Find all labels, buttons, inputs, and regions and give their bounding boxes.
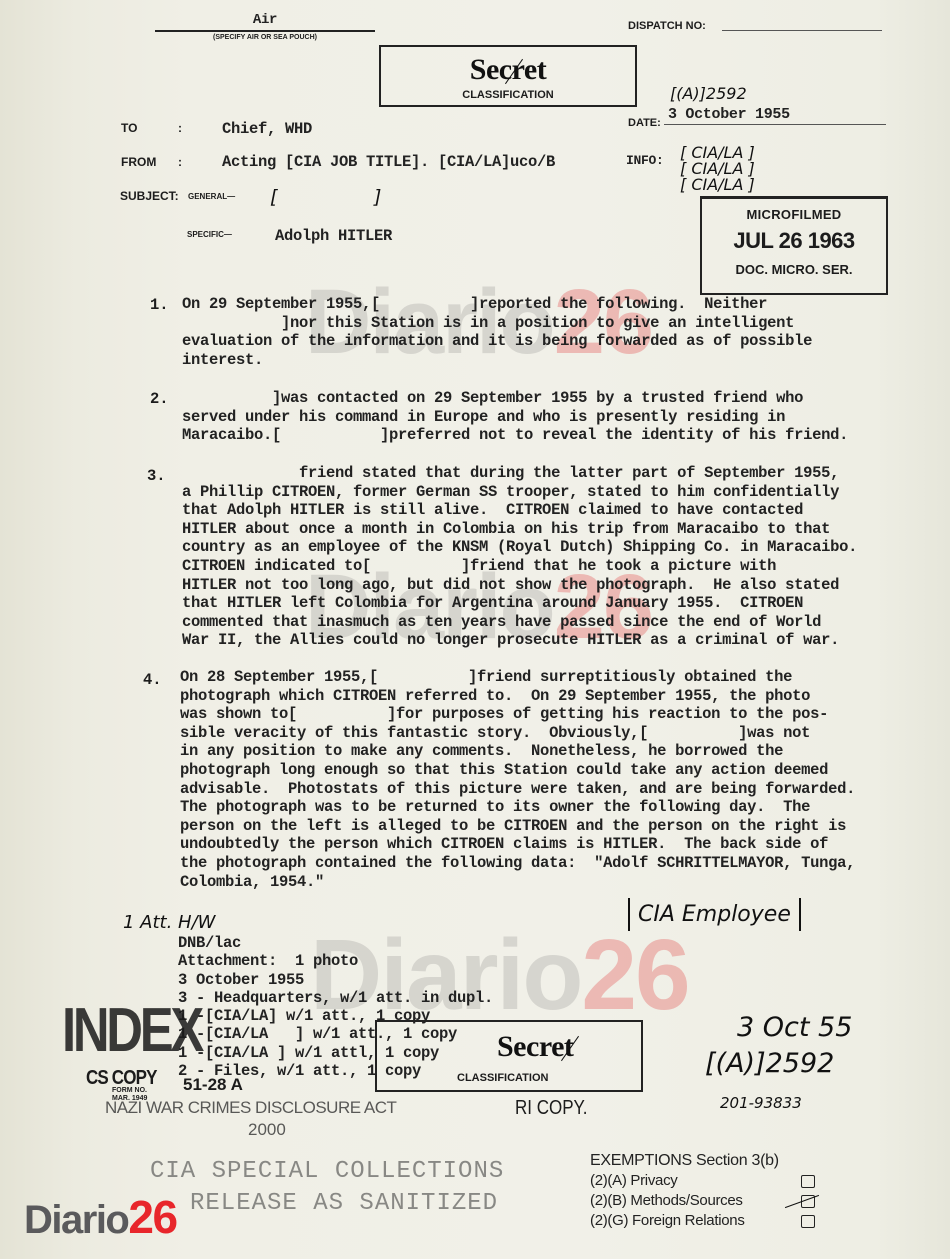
exemption-privacy: (2)(A) Privacy: [590, 1171, 815, 1191]
pouch-label: (SPECIFY AIR OR SEA POUCH): [155, 34, 375, 41]
paragraph-line: advisable. Photostats of this picture we…: [180, 780, 880, 799]
date-label: DATE:: [628, 117, 661, 129]
subject-general-redaction: [ ]: [270, 186, 381, 208]
paragraph-number: 1.: [150, 296, 169, 314]
distribution-line: 3 - Headquarters, w/1 att. in dupl.: [178, 989, 493, 1007]
paragraph-line: Colombia, 1954.": [180, 873, 880, 892]
paragraph-line: served under his command in Europe and w…: [182, 408, 882, 427]
classification-label: CLASSIFICATION: [381, 89, 635, 101]
to-value: Chief, WHD: [222, 120, 312, 138]
subject-general-label: GENERAL—: [188, 192, 235, 201]
document-number: [(A)]2592: [670, 84, 747, 103]
microfilm-footer: DOC. MICRO. SER.: [702, 262, 886, 277]
distribution-line: Attachment: 1 photo: [178, 952, 493, 970]
exemption-label: (2)(G) Foreign Relations: [590, 1212, 745, 1229]
cia-employee-note: CIA Employee: [628, 898, 801, 931]
collections-stamp-line: CIA SPECIAL COLLECTIONS: [150, 1158, 504, 1185]
paragraph-number: 2.: [150, 390, 169, 408]
date-value: 3 October 1955: [668, 106, 790, 123]
from-colon: :: [178, 155, 182, 169]
distribution-line: DNB/lac: [178, 934, 493, 952]
collections-stamp-line: RELEASE AS SANITIZED: [190, 1190, 498, 1217]
to-label: TO: [121, 121, 137, 135]
paragraph-line: On 28 September 1955,[ ]friend surreptit…: [180, 668, 880, 687]
info-item: [ CIA/LA ]: [680, 177, 755, 193]
paragraph-line: in any position to make any comments. No…: [180, 742, 880, 761]
paragraph-3: friend stated that during the latter par…: [182, 464, 882, 650]
exemption-methods-sources: (2)(B) Methods/Sources: [590, 1191, 815, 1211]
paragraph-line: commented that inasmuch as ten years hav…: [182, 613, 882, 632]
paragraph-line: On 29 September 1955,[ ]reported the fol…: [182, 295, 882, 314]
classification-box: Secret CLASSIFICATION: [379, 45, 637, 107]
paragraph-line: undoubtedly the person which CITROEN cla…: [180, 835, 880, 854]
microfilm-date: JUL 26 1963: [702, 228, 886, 254]
classification-word: Secret: [381, 53, 635, 87]
exemption-checkbox[interactable]: [801, 1215, 815, 1228]
exemption-checkbox[interactable]: [801, 1175, 815, 1188]
exemptions-title: EXEMPTIONS Section 3(b): [590, 1151, 815, 1171]
handwritten-file-number: 201-93833: [720, 1094, 802, 1112]
paragraph-line: interest.: [182, 351, 882, 370]
paragraph-line: person on the left is alleged to be CITR…: [180, 817, 880, 836]
paragraph-4: On 28 September 1955,[ ]friend surreptit…: [180, 668, 880, 891]
paragraph-line: CITROEN indicated to[ ]friend that he to…: [182, 557, 882, 576]
war-crimes-stamp: NAZI WAR CRIMES DISCLOSURE ACT: [105, 1098, 396, 1118]
info-label: INFO:: [626, 153, 664, 168]
paragraph-2: ]was contacted on 29 September 1955 by a…: [182, 389, 882, 445]
microfilm-title: MICROFILMED: [702, 207, 886, 222]
handwritten-attachment-note: 1 Att. H/W: [123, 912, 215, 933]
paragraph-line: was shown to[ ]for purposes of getting h…: [180, 705, 880, 724]
paragraph-line: the photograph contained the following d…: [180, 854, 880, 873]
paragraph-line: ]was contacted on 29 September 1955 by a…: [182, 389, 882, 408]
subject-label: SUBJECT:: [120, 189, 179, 203]
classification-label: CLASSIFICATION: [457, 1072, 641, 1084]
handwritten-date: 3 Oct 55: [737, 1012, 852, 1043]
exemption-checkbox[interactable]: [801, 1195, 815, 1208]
paragraph-line: HITLER about once a month in Colombia on…: [182, 520, 882, 539]
paragraph-line: friend stated that during the latter par…: [182, 464, 882, 483]
from-label: FROM: [121, 155, 156, 169]
microfilmed-stamp: MICROFILMED JUL 26 1963 DOC. MICRO. SER.: [700, 196, 888, 295]
info-list: [ CIA/LA ] [ CIA/LA ] [ CIA/LA ]: [680, 145, 755, 193]
paragraph-line: country as an employee of the KNSM (Roya…: [182, 538, 882, 557]
ri-copy-stamp: RI COPY.: [515, 1097, 587, 1120]
index-stamp: INDEX: [62, 995, 201, 1066]
exemption-label: (2)(B) Methods/Sources: [590, 1192, 743, 1209]
subject-specific-label: SPECIFIC—: [187, 230, 232, 239]
paragraph-line: a Phillip CITROEN, former German SS troo…: [182, 483, 882, 502]
paragraph-line: sible veracity of this fantastic story. …: [180, 724, 880, 743]
war-crimes-year: 2000: [248, 1120, 286, 1140]
exemption-foreign-relations: (2)(G) Foreign Relations: [590, 1211, 815, 1231]
diario26-logo: Diario26: [24, 1190, 177, 1244]
paragraph-line: ]nor this Station is in a position to gi…: [182, 314, 882, 333]
dispatch-underline: [722, 30, 882, 31]
pouch-value: Air: [155, 12, 375, 28]
paragraph-line: Maracaibo.[ ]preferred not to reveal the…: [182, 426, 882, 445]
handwritten-reference: [(A)]2592: [705, 1048, 834, 1079]
date-underline: [664, 124, 886, 125]
form-number: 51-28 A: [183, 1075, 243, 1095]
paragraph-line: that HITLER left Colombia for Argentina …: [182, 594, 882, 613]
exemptions-block: EXEMPTIONS Section 3(b) (2)(A) Privacy (…: [590, 1151, 815, 1231]
from-value: Acting [CIA JOB TITLE]. [CIA/LA]uco/B: [222, 153, 555, 171]
exemption-label: (2)(A) Privacy: [590, 1172, 677, 1189]
paragraph-number: 4.: [143, 671, 162, 689]
paragraph-line: photograph which CITROEN referred to. On…: [180, 687, 880, 706]
paragraph-line: evaluation of the information and it is …: [182, 332, 882, 351]
paragraph-line: The photograph was to be returned to its…: [180, 798, 880, 817]
paragraph-line: War II, the Allies could no longer prose…: [182, 631, 882, 650]
paragraph-number: 3.: [147, 467, 166, 485]
paragraph-line: HITLER not too long ago, but did not sho…: [182, 576, 882, 595]
paragraph-line: that Adolph HITLER is still alive. CITRO…: [182, 501, 882, 520]
paragraph-1: On 29 September 1955,[ ]reported the fol…: [182, 295, 882, 369]
subject-specific-value: Adolph HITLER: [275, 227, 392, 245]
classification-box-bottom: Secret CLASSIFICATION: [375, 1020, 643, 1092]
to-colon: :: [178, 121, 182, 135]
pouch-underline: [155, 30, 375, 32]
paragraph-line: photograph long enough so that this Stat…: [180, 761, 880, 780]
distribution-line: 3 October 1955: [178, 971, 493, 989]
dispatch-label: DISPATCH NO:: [628, 20, 706, 32]
